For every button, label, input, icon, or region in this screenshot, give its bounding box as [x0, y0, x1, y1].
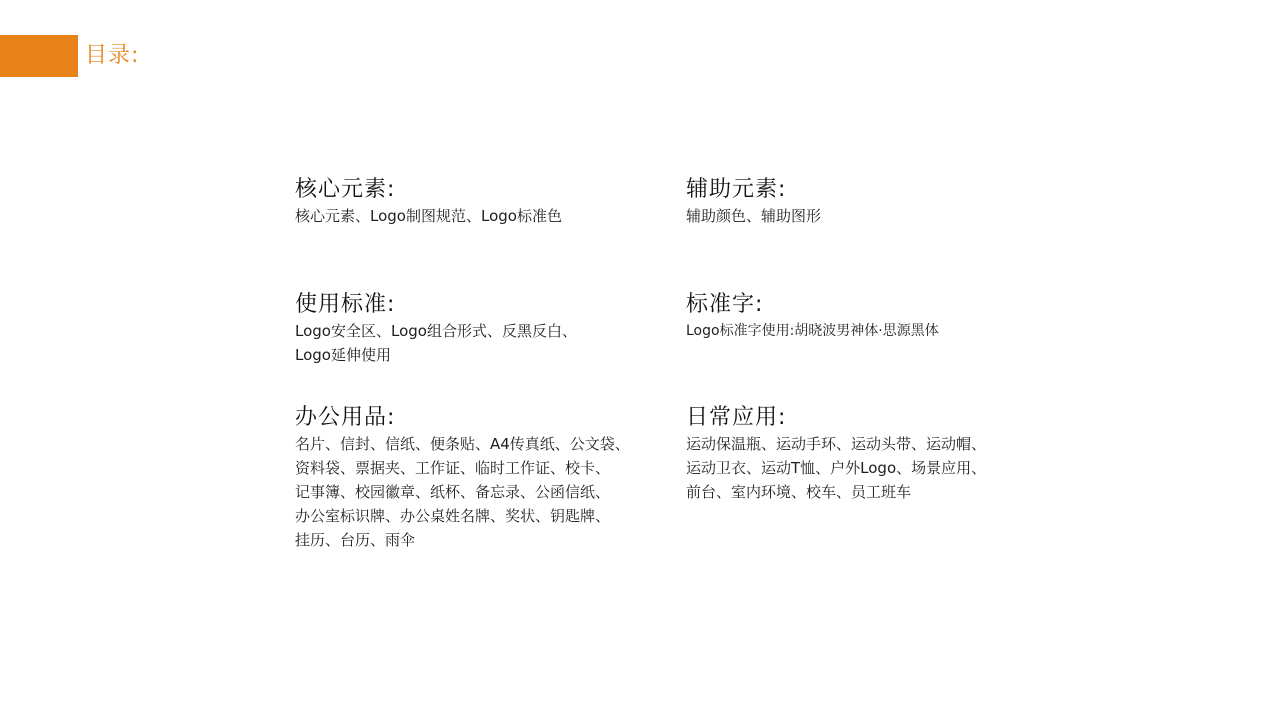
section-heading: 使用标准:	[295, 291, 635, 319]
section-core-elements: 核心元素: 核心元素、Logo制图规范、Logo标准色	[295, 176, 635, 228]
section-standard-font: 标准字: Logo标准字使用:胡晓波男神体·思源黑体	[686, 291, 1026, 343]
section-body: Logo安全区、Logo组合形式、反黑反白、 Logo延伸使用	[295, 319, 635, 367]
section-heading: 辅助元素:	[686, 176, 1026, 204]
section-heading: 日常应用:	[686, 404, 1026, 432]
section-heading: 标准字:	[686, 291, 1026, 319]
section-body: 核心元素、Logo制图规范、Logo标准色	[295, 204, 635, 228]
title-accent-block	[0, 35, 78, 77]
section-office-supplies: 办公用品: 名片、信封、信纸、便条贴、A4传真纸、公文袋、 资料袋、票据夹、工作…	[295, 404, 635, 552]
section-body: Logo标准字使用:胡晓波男神体·思源黑体	[686, 319, 1026, 343]
section-body: 辅助颜色、辅助图形	[686, 204, 1026, 228]
section-heading: 办公用品:	[295, 404, 635, 432]
section-daily-applications: 日常应用: 运动保温瓶、运动手环、运动头带、运动帽、 运动卫衣、运动T恤、户外L…	[686, 404, 1026, 504]
section-usage-standards: 使用标准: Logo安全区、Logo组合形式、反黑反白、 Logo延伸使用	[295, 291, 635, 367]
section-body: 运动保温瓶、运动手环、运动头带、运动帽、 运动卫衣、运动T恤、户外Logo、场景…	[686, 432, 1026, 504]
section-heading: 核心元素:	[295, 176, 635, 204]
section-body: 名片、信封、信纸、便条贴、A4传真纸、公文袋、 资料袋、票据夹、工作证、临时工作…	[295, 432, 635, 552]
page-title: 目录:	[85, 41, 139, 71]
section-auxiliary-elements: 辅助元素: 辅助颜色、辅助图形	[686, 176, 1026, 228]
